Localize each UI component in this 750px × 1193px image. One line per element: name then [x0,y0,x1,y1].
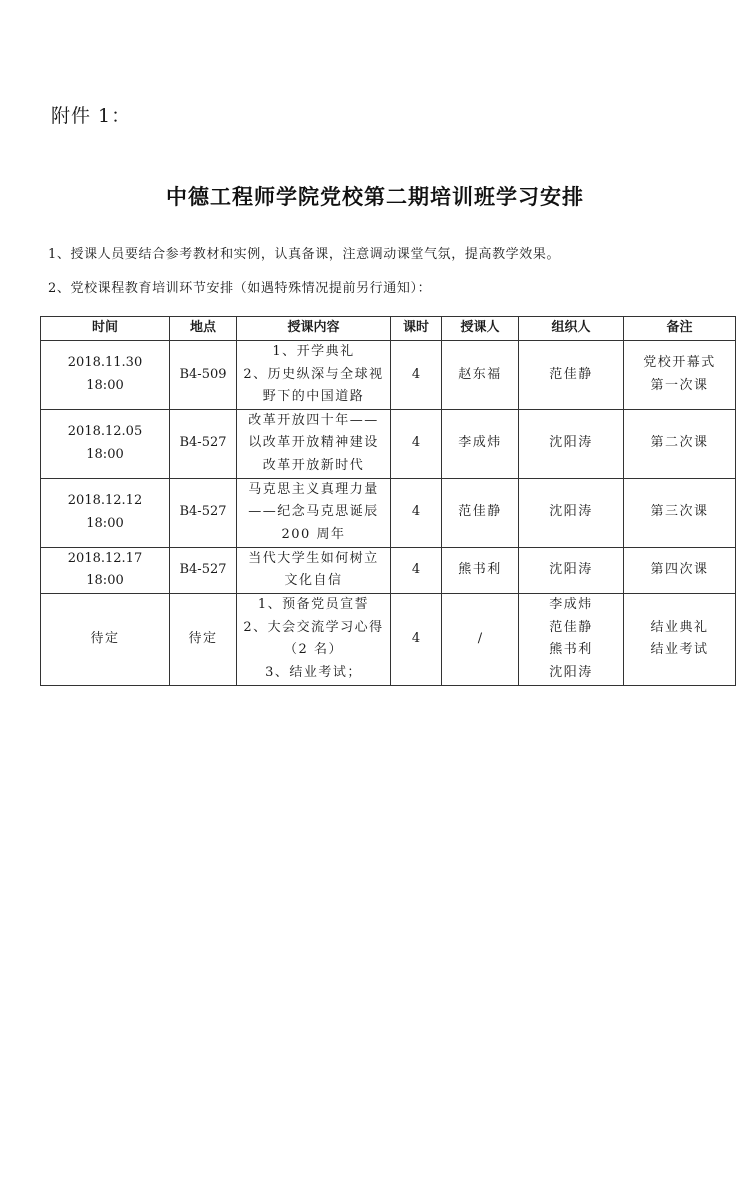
attachment-label: 附件 1： [51,101,131,128]
cell-organizer: 范佳静 [519,341,624,410]
cell-lecturer: 范佳静 [442,478,519,547]
table-row: 2018.12.17 18:00 B4-527 当代大学生如何树立 文化自信 4… [41,547,736,593]
cell-hours: 4 [391,593,442,685]
table-row: 2018.12.05 18:00 B4-527 改革开放四十年—— 以改革开放精… [41,409,736,478]
cell-remark: 结业典礼 结业考试 [624,593,736,685]
table-row: 待定 待定 1、预备党员宣誓 2、大会交流学习心得 （2 名） 3、结业考试； … [41,593,736,685]
cell-time: 2018.11.30 18:00 [41,341,170,410]
cell-lecturer: 李成炜 [442,409,519,478]
document-title: 中德工程师学院党校第二期培训班学习安排 [0,181,750,211]
cell-content: 1、开学典礼 2、历史纵深与全球视 野下的中国道路 [237,341,391,410]
cell-organizer: 李成炜 范佳静 熊书利 沈阳涛 [519,593,624,685]
cell-remark: 第四次课 [624,547,736,593]
table-header-row: 时间 地点 授课内容 课时 授课人 组织人 备注 [41,317,736,341]
header-location: 地点 [170,317,237,341]
cell-content: 当代大学生如何树立 文化自信 [237,547,391,593]
cell-remark: 党校开幕式 第一次课 [624,341,736,410]
header-hours: 课时 [391,317,442,341]
cell-organizer: 沈阳涛 [519,478,624,547]
note-2: 2、党校课程教育培训环节安排（如遇特殊情况提前另行通知）： [48,277,431,296]
cell-content: 改革开放四十年—— 以改革开放精神建设 改革开放新时代 [237,409,391,478]
cell-time: 待定 [41,593,170,685]
cell-time: 2018.12.17 18:00 [41,547,170,593]
cell-content: 1、预备党员宣誓 2、大会交流学习心得 （2 名） 3、结业考试； [237,593,391,685]
cell-remark: 第三次课 [624,478,736,547]
table-row: 2018.11.30 18:00 B4-509 1、开学典礼 2、历史纵深与全球… [41,341,736,410]
cell-time: 2018.12.12 18:00 [41,478,170,547]
cell-location: B4-527 [170,547,237,593]
header-content: 授课内容 [237,317,391,341]
cell-location: B4-509 [170,341,237,410]
header-time: 时间 [41,317,170,341]
note-1: 1、授课人员要结合参考教材和实例，认真备课，注意调动课堂气氛，提高教学效果。 [48,243,560,262]
cell-location: 待定 [170,593,237,685]
cell-lecturer: / [442,593,519,685]
cell-organizer: 沈阳涛 [519,547,624,593]
table-row: 2018.12.12 18:00 B4-527 马克思主义真理力量 ——纪念马克… [41,478,736,547]
cell-content: 马克思主义真理力量 ——纪念马克思诞辰 200 周年 [237,478,391,547]
cell-lecturer: 熊书利 [442,547,519,593]
schedule-table: 时间 地点 授课内容 课时 授课人 组织人 备注 2018.11.30 18:0… [40,316,736,686]
header-lecturer: 授课人 [442,317,519,341]
cell-hours: 4 [391,547,442,593]
cell-time: 2018.12.05 18:00 [41,409,170,478]
cell-location: B4-527 [170,409,237,478]
cell-location: B4-527 [170,478,237,547]
cell-remark: 第二次课 [624,409,736,478]
cell-hours: 4 [391,478,442,547]
cell-organizer: 沈阳涛 [519,409,624,478]
cell-hours: 4 [391,341,442,410]
cell-lecturer: 赵东福 [442,341,519,410]
cell-hours: 4 [391,409,442,478]
header-organizer: 组织人 [519,317,624,341]
header-remark: 备注 [624,317,736,341]
